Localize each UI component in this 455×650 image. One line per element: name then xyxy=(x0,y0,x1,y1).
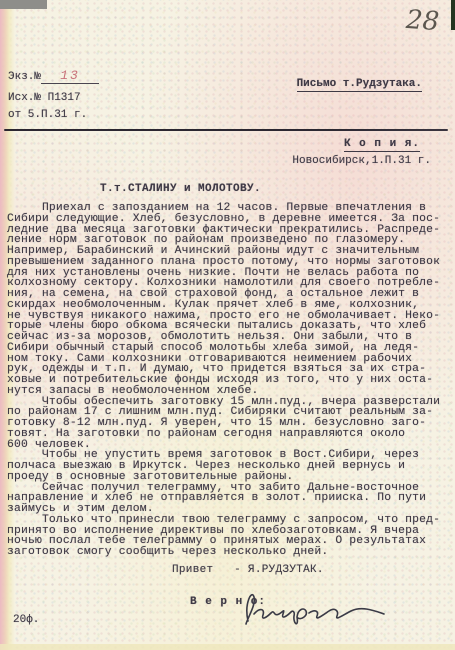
place-date-line: Новосибирск,1.П.31 г. xyxy=(292,155,431,167)
scan-edge-bottom-tint xyxy=(0,644,455,650)
paragraph-5: Только что принесли твою телеграмму с за… xyxy=(7,515,451,558)
closing-line: Привет - Я.РУДЗУТАК. xyxy=(172,564,324,576)
subject-line: Письмо т.Рудзутака. xyxy=(297,78,422,92)
copy-number-blank: 13 xyxy=(41,70,99,84)
handwritten-page-number: 28 xyxy=(405,5,440,37)
scan-edge-top-left-shadow xyxy=(0,0,47,9)
paragraph-4: Сейчас получил телеграмму, что забито Да… xyxy=(7,483,451,515)
horizontal-rule xyxy=(4,129,448,131)
copy-label: К о п и я. xyxy=(344,138,420,152)
paragraph-2: Чтобы обеспечить заготовку 15 млн.пуд., … xyxy=(7,397,451,451)
paragraph-3: Чтобы не упустить время заготовок в Вост… xyxy=(7,450,451,482)
handwritten-signature xyxy=(238,583,388,636)
copy-number-line: Экз.№13 xyxy=(8,70,99,84)
scanned-document-page: 28 Экз.№13 Исх.№ П1317 от 5.П.31 г. Пись… xyxy=(0,0,455,650)
footer-note: 20ф. xyxy=(13,614,39,626)
paragraph-1: Приехал с запозданием на 12 часов. Первы… xyxy=(7,203,451,397)
scan-edge-right-strip xyxy=(451,0,455,30)
copy-number-label: Экз.№ xyxy=(8,71,41,83)
date-line: от 5.П.31 г. xyxy=(8,109,87,121)
outgoing-number-line: Исх.№ П1317 xyxy=(8,92,81,104)
signature-stroke-icon xyxy=(238,583,388,631)
salutation-line: Т.т.СТАЛИНУ и МОЛОТОВУ. xyxy=(100,183,261,195)
letter-body: Приехал с запозданием на 12 часов. Первы… xyxy=(7,203,451,558)
handwritten-copy-number: 13 xyxy=(60,68,80,83)
